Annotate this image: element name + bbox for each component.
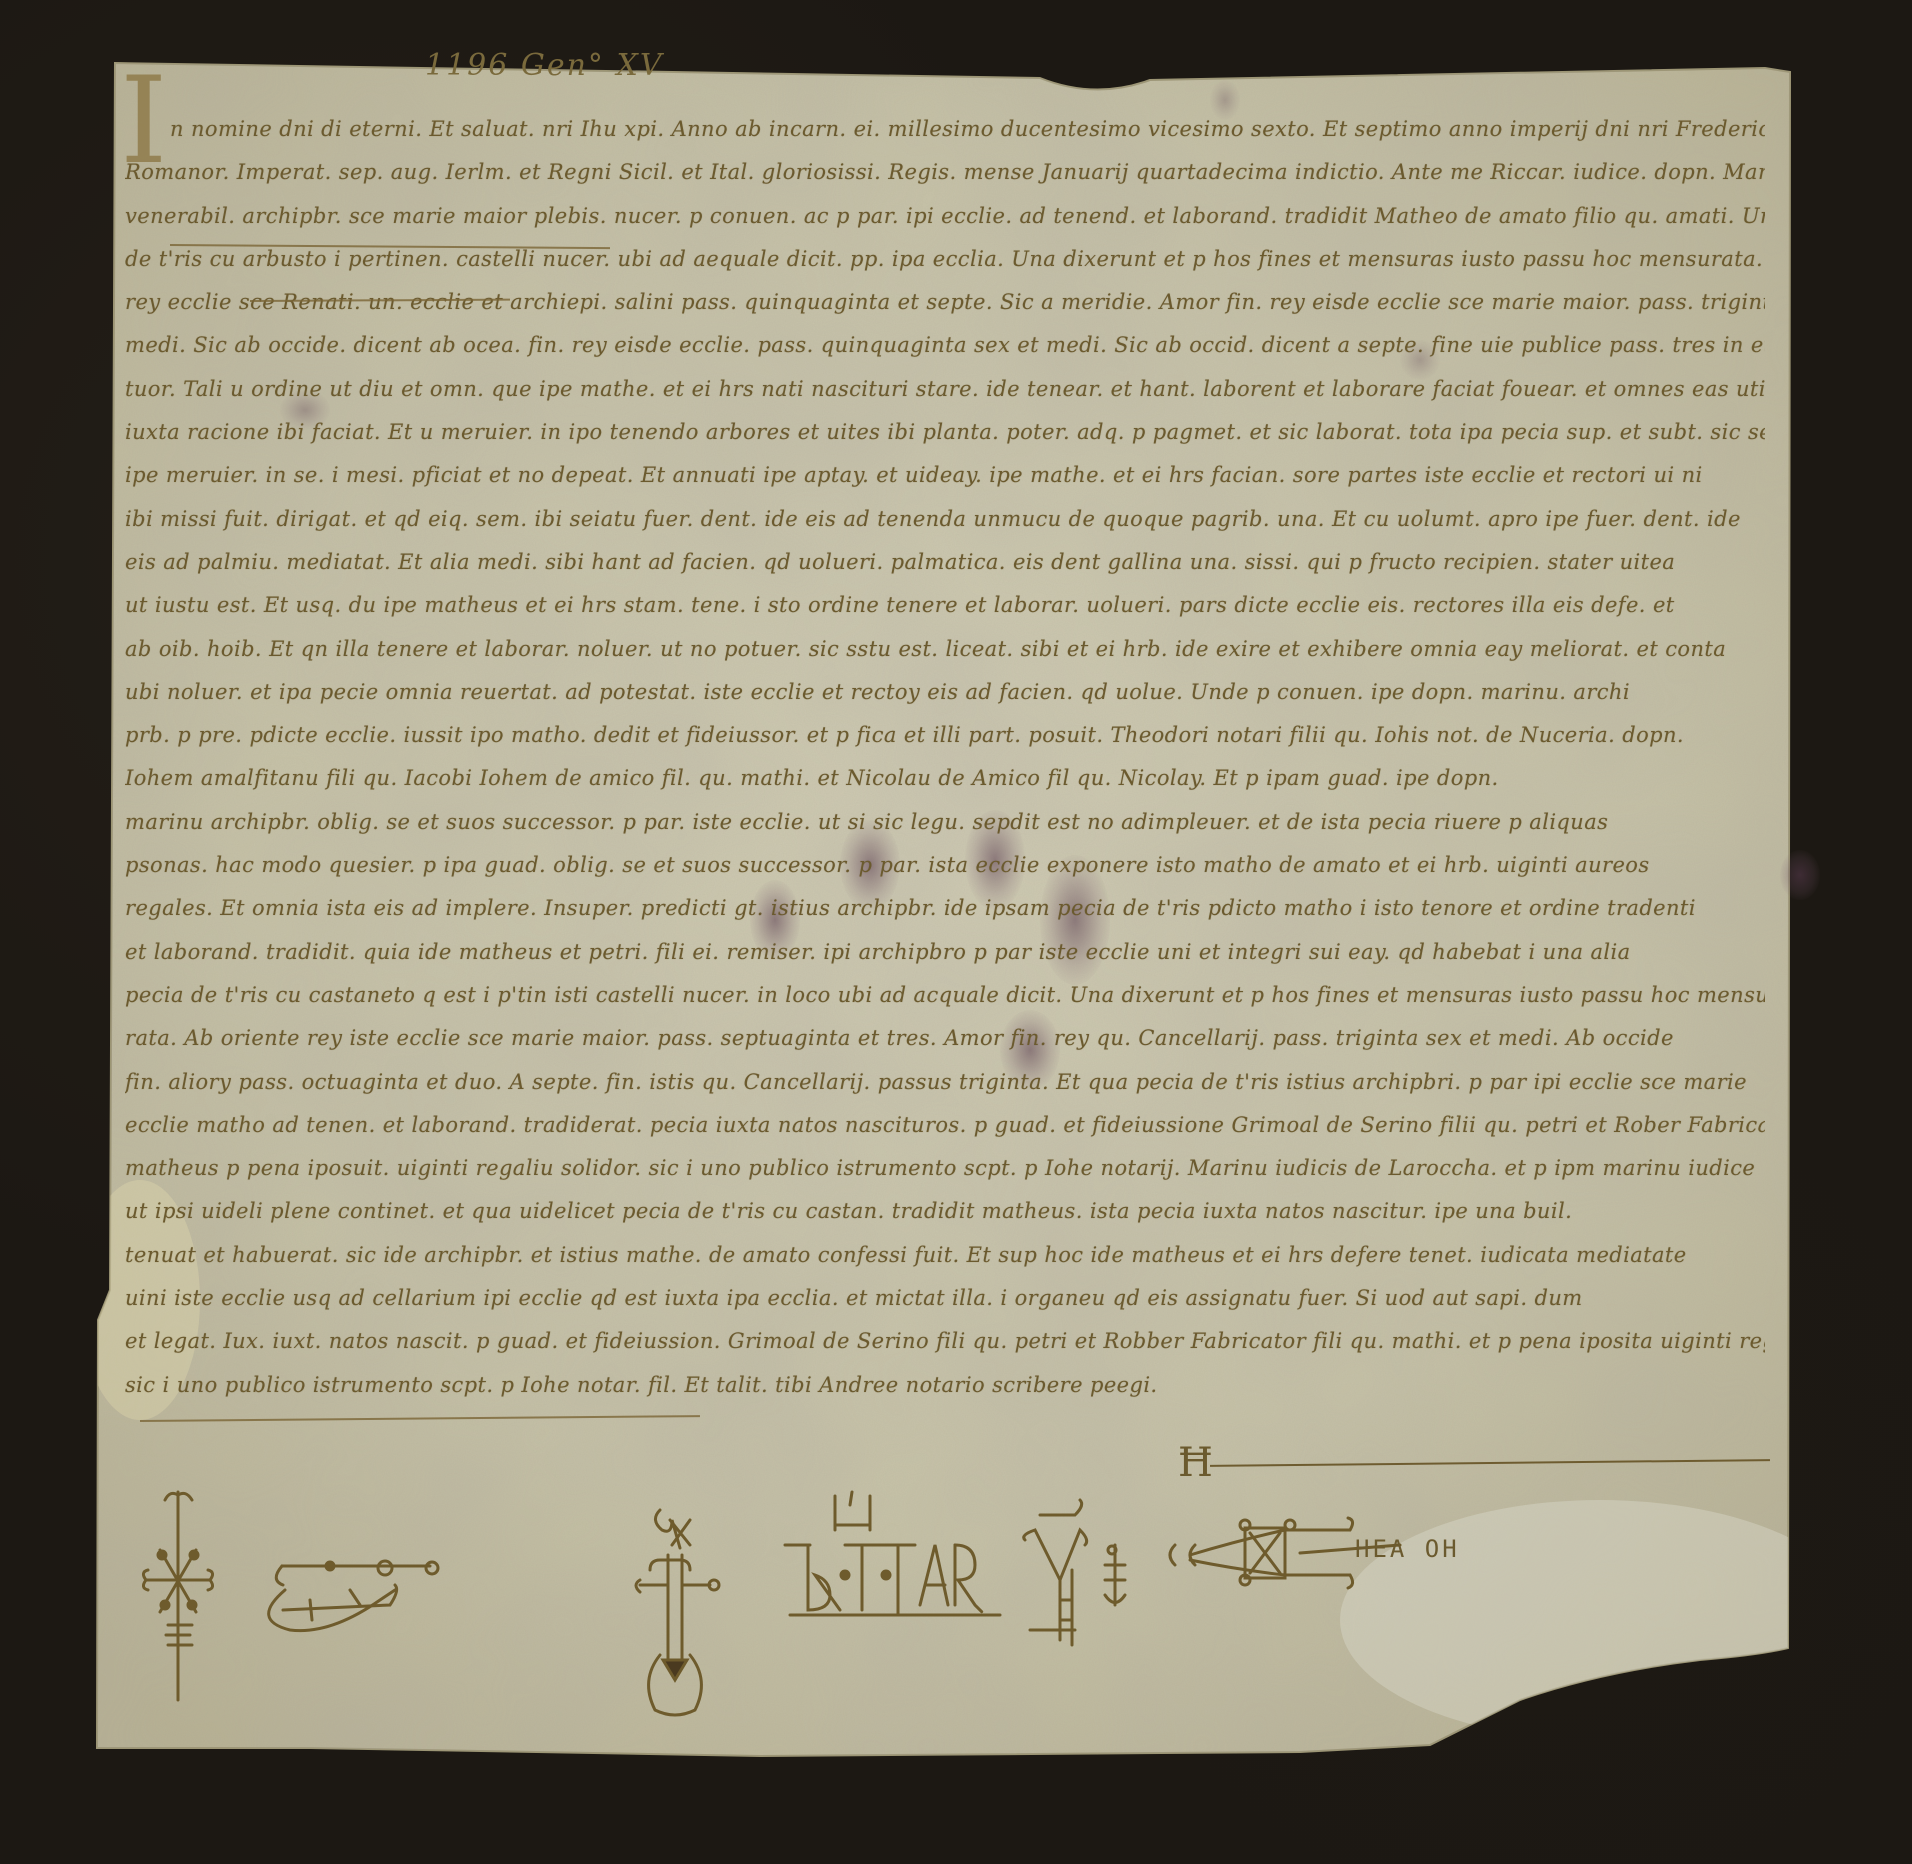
monogram-signum-icon: [785, 1492, 1000, 1615]
signa-group: [0, 0, 1912, 1864]
cross-signum-icon: [143, 1492, 212, 1700]
looped-signum-icon: [269, 1561, 438, 1631]
crowned-signum-icon: [636, 1510, 719, 1715]
signum-caption: HEA OH: [1355, 1535, 1460, 1563]
v-signum-icon: [1024, 1500, 1125, 1645]
parchment-charter: 1196 Gen° XV I n nomine dni di eterni. E…: [0, 0, 1912, 1864]
